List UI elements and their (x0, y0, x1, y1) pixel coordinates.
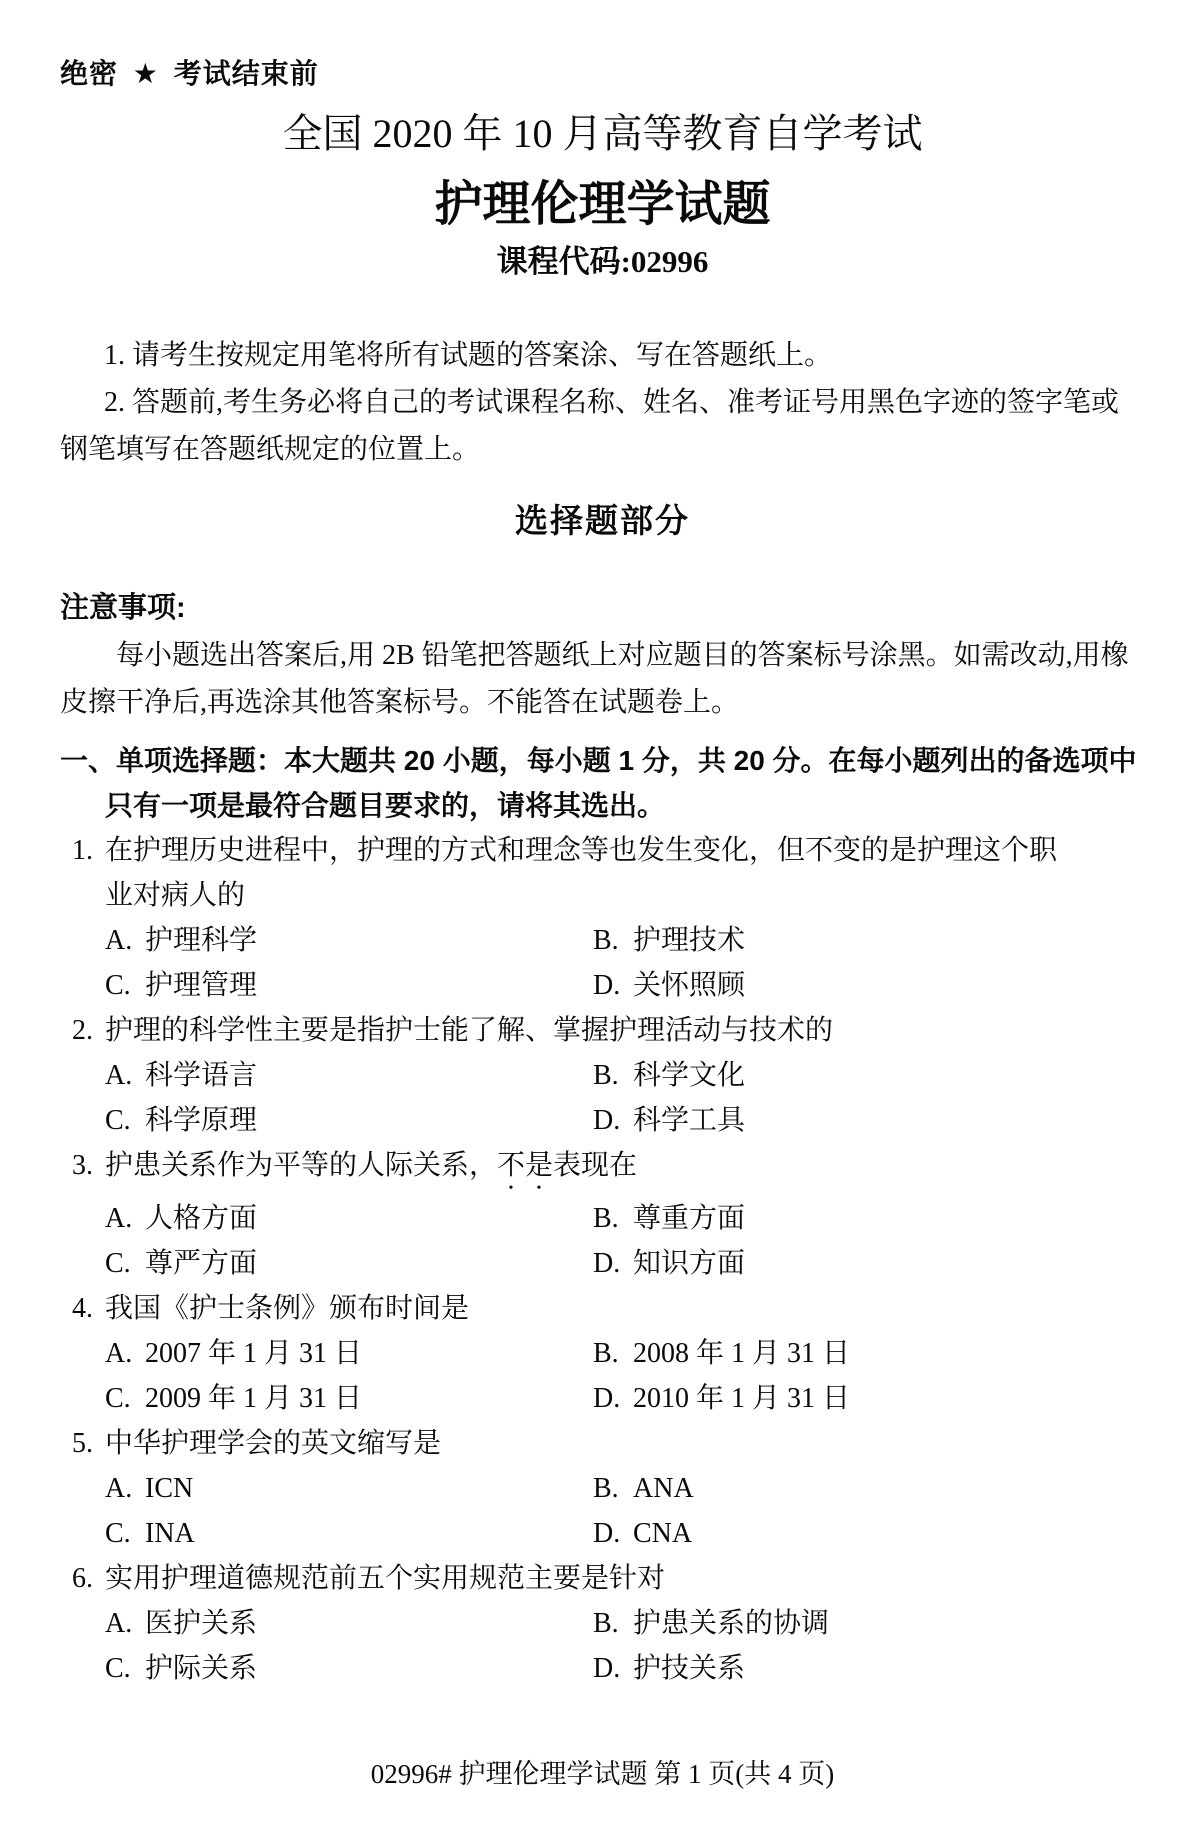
option-1-A: A.护理科学 (105, 918, 593, 963)
option-label: B. (593, 1196, 633, 1241)
option-5-B: B.ANA (593, 1466, 1145, 1511)
question-4: 4.我国《护士条例》颁布时间是A.2007 年 1 月 31 日B.2008 年… (72, 1286, 1145, 1421)
option-3-A: A.人格方面 (105, 1196, 593, 1241)
option-text: 护技关系 (633, 1653, 745, 1684)
option-2-B: B.科学文化 (593, 1053, 1145, 1098)
option-label: B. (593, 918, 633, 963)
option-text: 护理科学 (145, 925, 257, 956)
option-2-D: D.科学工具 (593, 1098, 1145, 1143)
question-text: 实用护理道德规范前五个实用规范主要是针对 (105, 1563, 665, 1594)
question-options: A.2007 年 1 月 31 日B.2008 年 1 月 31 日C.2009… (105, 1331, 1145, 1421)
general-instructions: 1. 请考生按规定用笔将所有试题的答案涂、写在答题纸上。 2. 答题前,考生务必… (60, 332, 1145, 473)
option-6-C: C.护际关系 (105, 1646, 593, 1691)
question-text: 护患关系作为平等的人际关系，不是表现在 (105, 1150, 637, 1181)
option-label: A. (105, 1331, 145, 1376)
option-text: 关怀照顾 (633, 970, 745, 1001)
option-label: B. (593, 1601, 633, 1646)
page-footer: 02996# 护理伦理学试题 第 1 页(共 4 页) (60, 1756, 1145, 1792)
star-icon: ★ (127, 58, 165, 89)
instruction-2: 2. 答题前,考生务必将自己的考试课程名称、姓名、准考证号用黑色字迹的签字笔或钢… (60, 379, 1145, 473)
option-label: A. (105, 1053, 145, 1098)
emphasized-text: 不是 (497, 1150, 553, 1181)
instruction-1: 1. 请考生按规定用笔将所有试题的答案涂、写在答题纸上。 (60, 332, 1145, 379)
option-5-C: C.INA (105, 1511, 593, 1556)
option-text: 护患关系的协调 (633, 1608, 829, 1639)
option-label: C. (105, 1241, 145, 1286)
option-text: 护际关系 (145, 1653, 257, 1684)
question-6: 6.实用护理道德规范前五个实用规范主要是针对A.医护关系B.护患关系的协调C.护… (72, 1556, 1145, 1691)
exam-session-title: 全国 2020 年 10 月高等教育自学考试 (60, 108, 1145, 160)
exam-end-label: 考试结束前 (174, 58, 319, 89)
option-6-A: A.医护关系 (105, 1601, 593, 1646)
option-2-C: C.科学原理 (105, 1098, 593, 1143)
option-label: A. (105, 1196, 145, 1241)
option-3-C: C.尊严方面 (105, 1241, 593, 1286)
question-options: A.护理科学B.护理技术C.护理管理D.关怀照顾 (105, 918, 1145, 1008)
notice-label: 注意事项: (60, 585, 1145, 632)
question-options: A.医护关系B.护患关系的协调C.护际关系D.护技关系 (105, 1601, 1145, 1691)
question-2: 2.护理的科学性主要是指护士能了解、掌握护理活动与技术的A.科学语言B.科学文化… (72, 1008, 1145, 1143)
option-label: C. (105, 963, 145, 1008)
question-text: 在护理历史进程中，护理的方式和理念等也发生变化，但不变的是护理这个职业对病人的 (105, 835, 1057, 911)
option-text: CNA (633, 1518, 692, 1549)
option-text: 尊重方面 (633, 1203, 745, 1234)
option-4-D: D.2010 年 1 月 31 日 (593, 1376, 1145, 1421)
option-1-B: B.护理技术 (593, 918, 1145, 963)
question-number: 1. (72, 828, 105, 873)
question-number: 5. (72, 1421, 105, 1466)
question-number: 4. (72, 1286, 105, 1331)
option-label: A. (105, 1466, 145, 1511)
option-label: B. (593, 1053, 633, 1098)
option-text: INA (145, 1518, 195, 1549)
question-1: 1.在护理历史进程中，护理的方式和理念等也发生变化，但不变的是护理这个职业对病人… (72, 828, 1145, 1008)
option-label: C. (105, 1376, 145, 1421)
question-text: 我国《护士条例》颁布时间是 (105, 1293, 469, 1324)
question-number: 2. (72, 1008, 105, 1053)
option-text: 科学文化 (633, 1060, 745, 1091)
question-options: A.ICNB.ANAC.INAD.CNA (105, 1466, 1145, 1556)
option-6-D: D.护技关系 (593, 1646, 1145, 1691)
option-text: 2008 年 1 月 31 日 (633, 1338, 850, 1369)
option-5-D: D.CNA (593, 1511, 1145, 1556)
option-text: 科学原理 (145, 1105, 257, 1136)
part-one-heading: 一、单项选择题：本大题共 20 小题，每小题 1 分，共 20 分。在每小题列出… (60, 738, 1145, 828)
option-text: 2010 年 1 月 31 日 (633, 1383, 850, 1414)
question-stem: 3.护患关系作为平等的人际关系，不是表现在 (72, 1143, 1072, 1196)
option-label: B. (593, 1331, 633, 1376)
question-stem: 2.护理的科学性主要是指护士能了解、掌握护理活动与技术的 (72, 1008, 1072, 1053)
option-4-B: B.2008 年 1 月 31 日 (593, 1331, 1145, 1376)
option-4-C: C.2009 年 1 月 31 日 (105, 1376, 593, 1421)
question-number: 3. (72, 1143, 105, 1188)
option-6-B: B.护患关系的协调 (593, 1601, 1145, 1646)
option-label: C. (105, 1646, 145, 1691)
notice-text: 每小题选出答案后,用 2B 铅笔把答题纸上对应题目的答案标号涂黑。如需改动,用橡… (60, 632, 1145, 726)
option-text: 人格方面 (145, 1203, 257, 1234)
question-options: A.人格方面B.尊重方面C.尊严方面D.知识方面 (105, 1196, 1145, 1286)
option-text: ICN (145, 1473, 193, 1504)
option-1-D: D.关怀照顾 (593, 963, 1145, 1008)
choice-section-title: 选择题部分 (60, 499, 1145, 543)
option-5-A: A.ICN (105, 1466, 593, 1511)
question-stem: 4.我国《护士条例》颁布时间是 (72, 1286, 1072, 1331)
exam-page: 绝密 ★ 考试结束前 全国 2020 年 10 月高等教育自学考试 护理伦理学试… (0, 0, 1203, 1792)
option-label: A. (105, 918, 145, 963)
option-text: ANA (633, 1473, 694, 1504)
option-text: 医护关系 (145, 1608, 257, 1639)
option-label: D. (593, 1376, 633, 1421)
option-text: 2007 年 1 月 31 日 (145, 1338, 362, 1369)
option-text: 2009 年 1 月 31 日 (145, 1383, 362, 1414)
course-code: 课程代码:02996 (60, 242, 1145, 282)
option-4-A: A.2007 年 1 月 31 日 (105, 1331, 593, 1376)
question-stem: 1.在护理历史进程中，护理的方式和理念等也发生变化，但不变的是护理这个职业对病人… (72, 828, 1072, 918)
option-label: D. (593, 1646, 633, 1691)
option-label: D. (593, 963, 633, 1008)
paper-title: 护理伦理学试题 (60, 172, 1145, 238)
option-1-C: C.护理管理 (105, 963, 593, 1008)
option-text: 知识方面 (633, 1248, 745, 1279)
option-label: C. (105, 1098, 145, 1143)
option-label: B. (593, 1466, 633, 1511)
option-text: 尊严方面 (145, 1248, 257, 1279)
option-text: 科学语言 (145, 1060, 257, 1091)
option-text: 科学工具 (633, 1105, 745, 1136)
option-text: 护理管理 (145, 970, 257, 1001)
option-label: D. (593, 1511, 633, 1556)
secrecy-label: 绝密 (60, 58, 118, 89)
option-3-D: D.知识方面 (593, 1241, 1145, 1286)
option-text: 护理技术 (633, 925, 745, 956)
classification-banner: 绝密 ★ 考试结束前 (60, 56, 1145, 92)
question-stem: 5.中华护理学会的英文缩写是 (72, 1421, 1072, 1466)
question-text: 护理的科学性主要是指护士能了解、掌握护理活动与技术的 (105, 1015, 833, 1046)
question-3: 3.护患关系作为平等的人际关系，不是表现在A.人格方面B.尊重方面C.尊严方面D… (72, 1143, 1145, 1286)
option-2-A: A.科学语言 (105, 1053, 593, 1098)
option-label: C. (105, 1511, 145, 1556)
question-number: 6. (72, 1556, 105, 1601)
question-list: 1.在护理历史进程中，护理的方式和理念等也发生变化，但不变的是护理这个职业对病人… (60, 828, 1145, 1691)
question-5: 5.中华护理学会的英文缩写是A.ICNB.ANAC.INAD.CNA (72, 1421, 1145, 1556)
option-3-B: B.尊重方面 (593, 1196, 1145, 1241)
option-label: D. (593, 1098, 633, 1143)
question-stem: 6.实用护理道德规范前五个实用规范主要是针对 (72, 1556, 1072, 1601)
option-label: A. (105, 1601, 145, 1646)
question-text: 中华护理学会的英文缩写是 (105, 1428, 441, 1459)
option-label: D. (593, 1241, 633, 1286)
question-options: A.科学语言B.科学文化C.科学原理D.科学工具 (105, 1053, 1145, 1143)
